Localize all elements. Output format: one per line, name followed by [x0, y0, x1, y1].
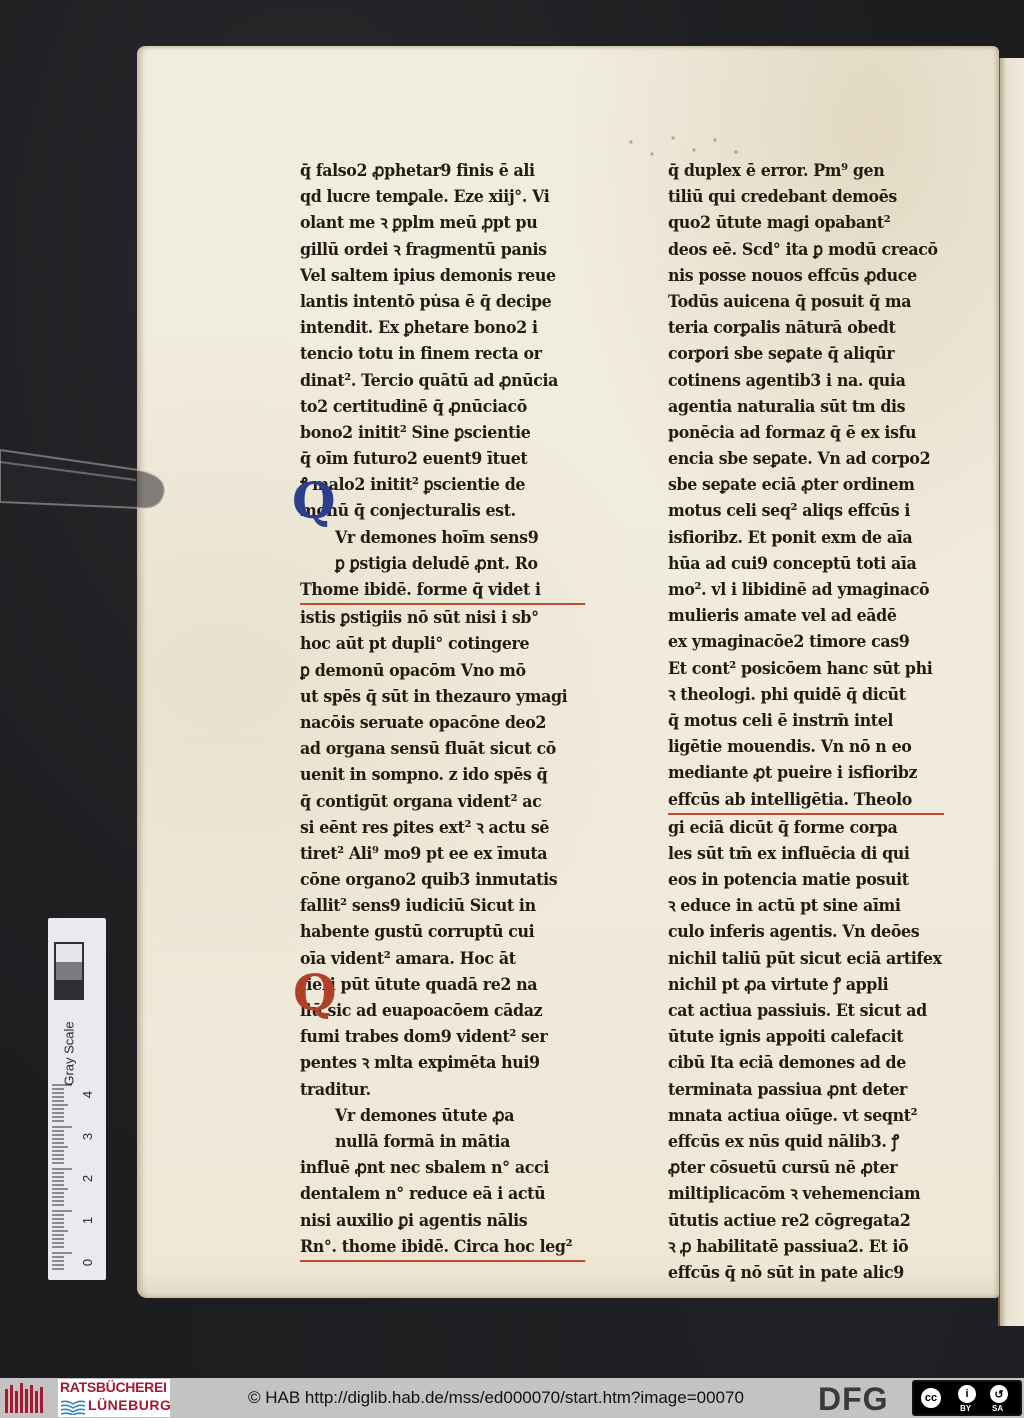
license-term-sa: SA: [992, 1404, 1003, 1413]
manuscript-line: tiliū qui credebant demoēs: [668, 184, 944, 210]
library-logo[interactable]: RATSBÜCHEREI LÜNEBURG: [58, 1379, 170, 1417]
manuscript-line: fumi trabes dom9 vident² ser: [300, 1024, 585, 1050]
license-badge[interactable]: cc i ↺ BY SA: [912, 1380, 1022, 1416]
dfg-logo[interactable]: DFG: [818, 1382, 889, 1416]
manuscript-line: mo². vl i libidinē ad ymaginacō: [668, 577, 944, 603]
manuscript-line: effcūs ex nūs quid nālib3. ꝭ: [668, 1129, 944, 1155]
manuscript-line: ad organa sensū fluāt sicut cō: [300, 736, 585, 762]
open-book-icon: [60, 1399, 86, 1415]
manuscript-line: ꝑ demonū opacōm Vno mō: [300, 658, 585, 684]
manuscript-line: tiret² Ali⁹ mo9 pt ee ex īmuta: [300, 841, 585, 867]
library-mark-icon: [4, 1381, 48, 1415]
copyright-link[interactable]: © HAB http://diglib.hab.de/mss/ed000070/…: [248, 1388, 744, 1408]
manuscript-line: Rn°. thome ibidē. Circa hoc leg²: [300, 1234, 585, 1262]
manuscript-line: les sūt tm̄ ex influēcia di qui: [668, 841, 944, 867]
manuscript-line: q̄ motus celi ē instrm̄ intel: [668, 708, 944, 734]
manuscript-line: tencio totu in finem recta or: [300, 341, 585, 367]
manuscript-line: gi eciā dicūt q̄ forme corpa: [668, 815, 944, 841]
manuscript-line: ut spēs q̄ sūt in thezauro ymagi: [300, 684, 585, 710]
manuscript-line: pentes ꝛ mlta expimēta hui9: [300, 1050, 585, 1076]
manuscript-line: q̄ duplex ē error. Pm⁹ gen: [668, 158, 944, 184]
manuscript-line: isfioribz. Et ponit exm de aīa: [668, 525, 944, 551]
manuscript-line: nisi auxilio ꝑi agentis nālis: [300, 1208, 585, 1234]
manuscript-line: nichil taliū pūt sicut eciā artifex: [668, 946, 944, 972]
manuscript-line: Vr demones hoīm sens9: [300, 525, 585, 551]
manuscript-line: cat actiua passiuis. Et sicut ad: [668, 998, 944, 1024]
manuscript-line: sbe seꝑate eciā ꝓter ordinem: [668, 472, 944, 498]
manuscript-line: habente gustū corruptū cui: [300, 919, 585, 945]
calibration-ruler: Gray Scale 0 1 2 3 4: [48, 918, 106, 1280]
manuscript-line: ex ymaginacōe2 timore cas9: [668, 629, 944, 655]
manuscript-line: culo inferis agentis. Vn deōes: [668, 919, 944, 945]
manuscript-line: Thome ibidē. forme q̄ videt i: [300, 577, 585, 605]
manuscript-line: cotinens agentib3 i na. quia: [668, 368, 944, 394]
swatch-dark: [56, 980, 82, 998]
manuscript-line: effcūs q̄ nō sūt in pate alic9: [668, 1260, 944, 1286]
manuscript-line: deos eē. Scd° ita ꝑ modū creacō: [668, 237, 944, 263]
manuscript-line: dentalem n° reduce eā i actū: [300, 1181, 585, 1207]
manuscript-line: Vr demones ūtute ꝓa: [300, 1103, 585, 1129]
manuscript-line: ꝛ educe in actū pt sine aīmi: [668, 893, 944, 919]
manuscript-line: ꝓter cōsuetū cursū nē ꝓter: [668, 1155, 944, 1181]
manuscript-line: q̄ contigūt organa vident² ac: [300, 789, 585, 815]
manuscript-line: effcūs ab intelligētia. Theolo: [668, 787, 944, 815]
manuscript-line: istis ꝑstigiis nō sūt nisi i sb°: [300, 605, 585, 631]
manuscript-line: liū sic ad euapoacōem cādaz: [300, 998, 585, 1024]
license-term-by: BY: [960, 1404, 971, 1413]
manuscript-line: monū q̄ conjecturalis est.: [300, 498, 585, 524]
library-name-bottom: LÜNEBURG: [88, 1397, 171, 1413]
manuscript-line: fieri pūt ūtute quadā re2 na: [300, 972, 585, 998]
decorated-initial-red: Q: [293, 968, 337, 1018]
manuscript-line: ūtute ignis appoiti calefacit: [668, 1024, 944, 1050]
manuscript-line: hūa ad cui9 conceptū toti aīa: [668, 551, 944, 577]
ruler-number-1: 1: [80, 1217, 95, 1224]
ruler-number-3: 3: [80, 1133, 95, 1140]
manuscript-line: terminata passiua ꝓnt deter: [668, 1077, 944, 1103]
share-alike-icon: ↺: [990, 1385, 1008, 1403]
manuscript-line: eos in potencia matie posuit: [668, 867, 944, 893]
manuscript-line: ꝛ theologi. phi quidē q̄ dicūt: [668, 682, 944, 708]
manuscript-line: influē ꝓnt nec sbalem n° acci: [300, 1155, 585, 1181]
decorated-initial-blue: Q: [292, 476, 336, 526]
manuscript-line: cōne organo2 quib3 inmutatis: [300, 867, 585, 893]
manuscript-line: dinat². Tercio quātū ad ꝓnūcia: [300, 368, 585, 394]
gray-scale-swatch: [54, 942, 84, 1000]
manuscript-line: motus celi seq² aliqs effcūs i: [668, 498, 944, 524]
manuscript-line: Vel saltem ipius demonis reue: [300, 263, 585, 289]
manuscript-line: mnata actiua oiūge. vt seqnt²: [668, 1103, 944, 1129]
manuscript-line: traditur.: [300, 1077, 585, 1103]
facing-page-edge: [998, 58, 1024, 1326]
cc-icon: cc: [919, 1386, 943, 1410]
manuscript-line: ponēcia ad formaz q̄ ē ex isfu: [668, 420, 944, 446]
manuscript-line: teria corꝑalis nāturā obedt: [668, 315, 944, 341]
manuscript-line: oīa vident² amara. Hoc āt: [300, 946, 585, 972]
manuscript-line: Et cont² posicōem hanc sūt phi: [668, 656, 944, 682]
manuscript-line: agentia naturalia sūt tm dis: [668, 394, 944, 420]
text-column-right: q̄ duplex ē error. Pm⁹ gentiliū qui cred…: [668, 158, 968, 1286]
glass-page-weight: [0, 440, 168, 512]
manuscript-line: hoc aūt pt dupli° cotingere: [300, 631, 585, 657]
manuscript-line: qd lucre temꝑale. Eze xiij°. Vi: [300, 184, 585, 210]
manuscript-line: olant me ꝛ ꝑplm meū ꝓpt pu: [300, 210, 585, 236]
manuscript-line: Todūs auicena q̄ posuit q̄ ma: [668, 289, 944, 315]
manuscript-line: nichil pt ꝓa virtute ꝭ appli: [668, 972, 944, 998]
manuscript-line: fallit² sens9 iudiciū Sicut in: [300, 893, 585, 919]
manuscript-line: nullā formā in mātia: [300, 1129, 585, 1155]
text-column-left: q̄ falso2 ꝓphetar9 finis ē aliqd lucre t…: [300, 158, 610, 1262]
manuscript-line: cibū Ita eciā demones ad de: [668, 1050, 944, 1076]
library-name-top: RATSBÜCHEREI: [60, 1379, 167, 1395]
manuscript-line: lantis intentō pu̇sa ē q̄ decipe: [300, 289, 585, 315]
manuscript-line: mediante ꝓt pueire i isfioribz: [668, 760, 944, 786]
manuscript-line: miltiplicacōm ꝛ vehemenciam: [668, 1181, 944, 1207]
ruler-number-4: 4: [80, 1091, 95, 1098]
manuscript-line: bono2 initit² Sine ꝑscientie: [300, 420, 585, 446]
swatch-light: [56, 944, 82, 962]
manuscript-line: quo2 ūtute magi opabant²: [668, 210, 944, 236]
ruler-number-2: 2: [80, 1175, 95, 1182]
manuscript-line: nis posse nouos effcūs ꝓduce: [668, 263, 944, 289]
manuscript-line: to2 certitudinē q̄ ꝓnūciacō: [300, 394, 585, 420]
manuscript-line: ligētie mouendis. Vn nō n eo: [668, 734, 944, 760]
swatch-mid: [56, 962, 82, 980]
manuscript-line: q̄ oīm futuro2 euent9 ītuet: [300, 446, 585, 472]
attribution-icon: i: [958, 1385, 976, 1403]
manuscript-line: gillū ordei ꝛ fragmentū panis: [300, 237, 585, 263]
manuscript-line: corꝑori sbe seꝑate q̄ aliqūr: [668, 341, 944, 367]
manuscript-line: intendit. Ex ꝑhetare bono2 i: [300, 315, 585, 341]
viewer-footer: RATSBÜCHEREI LÜNEBURG © HAB http://digli…: [0, 1378, 1024, 1418]
manuscript-line: ꝛ ꝓ habilitatē passiua2. Et iō: [668, 1234, 944, 1260]
ruler-ticks: [52, 1083, 76, 1273]
manuscript-line: ꝑ ꝑstigia deludē ꝓnt. Ro: [300, 551, 585, 577]
manuscript-line: nacōis seruate opacōne deo2: [300, 710, 585, 736]
manuscript-line: ūtutis actiue re2 cōgregata2: [668, 1208, 944, 1234]
manuscript-line: encia sbe seꝑate. Vn ad corpo2: [668, 446, 944, 472]
manuscript-line: uenit in sompno. z ido spēs q̄: [300, 762, 585, 788]
manuscript-line: mulieris amate vel ad eādē: [668, 603, 944, 629]
manuscript-line: si eēnt res ꝑites ext² ꝛ actu sē: [300, 815, 585, 841]
manuscript-line: ꝭ malo2 initit² ꝑscientie de: [300, 472, 585, 498]
manuscript-line: q̄ falso2 ꝓphetar9 finis ē ali: [300, 158, 585, 184]
ruler-number-0: 0: [80, 1259, 95, 1266]
